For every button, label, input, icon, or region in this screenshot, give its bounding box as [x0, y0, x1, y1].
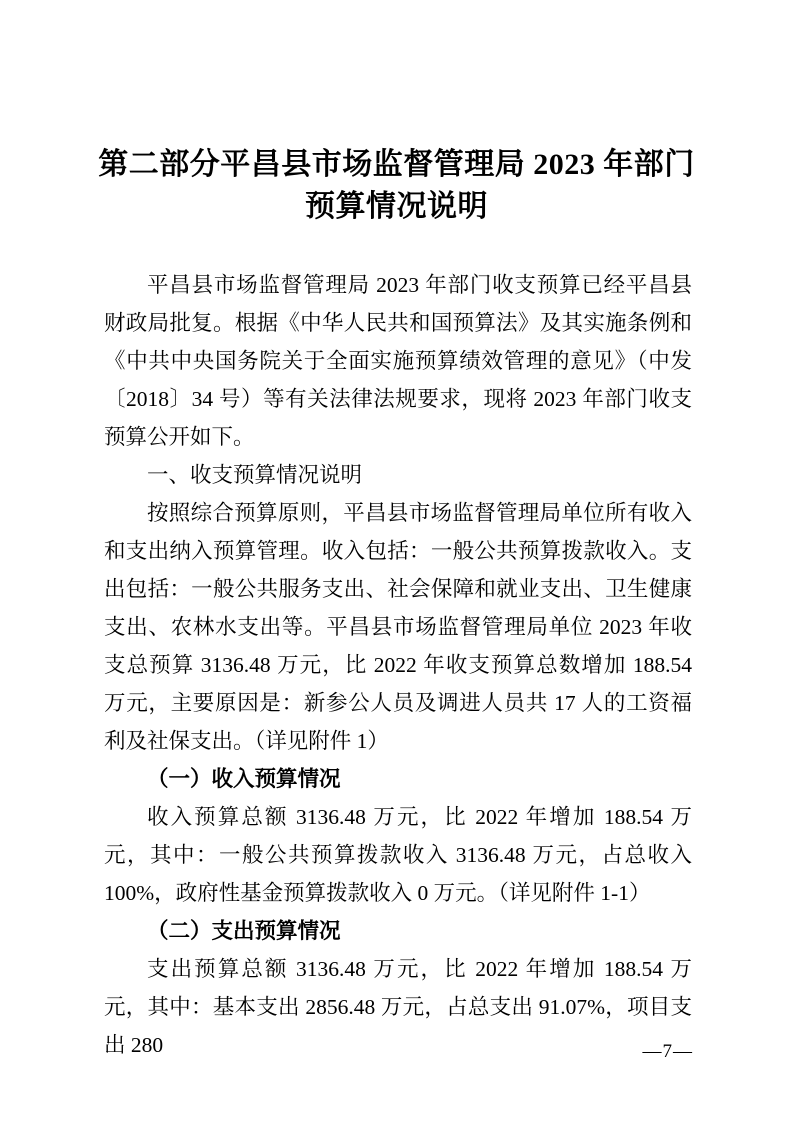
expenditure-budget-paragraph: 支出预算总额 3136.48 万元，比 2022 年增加 188.54 万元，其… [104, 950, 692, 1064]
income-budget-paragraph: 收入预算总额 3136.48 万元，比 2022 年增加 188.54 万元，其… [104, 798, 692, 912]
intro-paragraph: 平昌县市场监督管理局 2023 年部门收支预算已经平昌县财政局批复。根据《中华人… [104, 266, 692, 456]
page-number: —7— [643, 1040, 694, 1064]
expenditure-budget-heading: （二）支出预算情况 [104, 912, 692, 950]
document-page: 第二部分平昌县市场监督管理局 2023 年部门 预算情况说明 平昌县市场监督管理… [0, 0, 793, 1122]
document-title-line-1: 第二部分平昌县市场监督管理局 2023 年部门 [0, 144, 793, 186]
document-body: 平昌县市场监督管理局 2023 年部门收支预算已经平昌县财政局批复。根据《中华人… [104, 266, 692, 1064]
income-budget-heading: （一）收入预算情况 [104, 760, 692, 798]
document-title-line-2: 预算情况说明 [0, 186, 793, 228]
budget-overview-paragraph: 按照综合预算原则，平昌县市场监督管理局单位所有收入和支出纳入预算管理。收入包括：… [104, 494, 692, 760]
section-heading-budget-overview: 一、收支预算情况说明 [104, 456, 692, 494]
document-title: 第二部分平昌县市场监督管理局 2023 年部门 预算情况说明 [0, 144, 793, 228]
